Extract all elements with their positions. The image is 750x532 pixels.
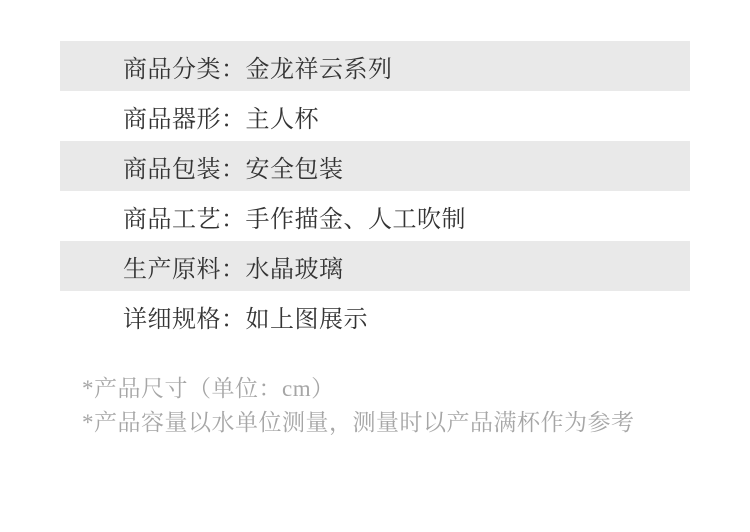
product-detail-page: { "page": { "background_color": "#ffffff…	[0, 0, 750, 532]
spec-value: 手作描金、人工吹制	[246, 199, 467, 234]
spec-value: 金龙祥云系列	[246, 49, 393, 84]
footnotes: *产品尺寸（单位：cm） *产品容量以水单位测量，测量时以产品满杯作为参考	[82, 372, 635, 440]
spec-label: 商品分类：	[123, 49, 246, 84]
spec-row-craft: 商品工艺：手作描金、人工吹制	[60, 191, 690, 241]
spec-label: 详细规格：	[123, 299, 246, 334]
spec-label: 商品工艺：	[123, 199, 246, 234]
spec-value: 水晶玻璃	[246, 249, 344, 284]
spec-row-packaging: 商品包装：安全包装	[60, 141, 690, 191]
footnote-capacity-note: *产品容量以水单位测量，测量时以产品满杯作为参考	[82, 406, 635, 440]
spec-label: 商品包装：	[123, 149, 246, 184]
footnote-size-unit: *产品尺寸（单位：cm）	[82, 372, 635, 406]
product-spec-table: 商品分类：金龙祥云系列 商品器形：主人杯 商品包装：安全包装 商品工艺：手作描金…	[60, 41, 690, 341]
spec-row-detail: 详细规格：如上图展示	[60, 291, 690, 341]
spec-row-material: 生产原料：水晶玻璃	[60, 241, 690, 291]
spec-row-category: 商品分类：金龙祥云系列	[60, 41, 690, 91]
spec-label: 生产原料：	[123, 249, 246, 284]
spec-row-shape: 商品器形：主人杯	[60, 91, 690, 141]
spec-label: 商品器形：	[123, 99, 246, 134]
spec-value: 如上图展示	[246, 299, 369, 334]
spec-value: 安全包装	[246, 149, 344, 184]
spec-value: 主人杯	[246, 99, 320, 134]
